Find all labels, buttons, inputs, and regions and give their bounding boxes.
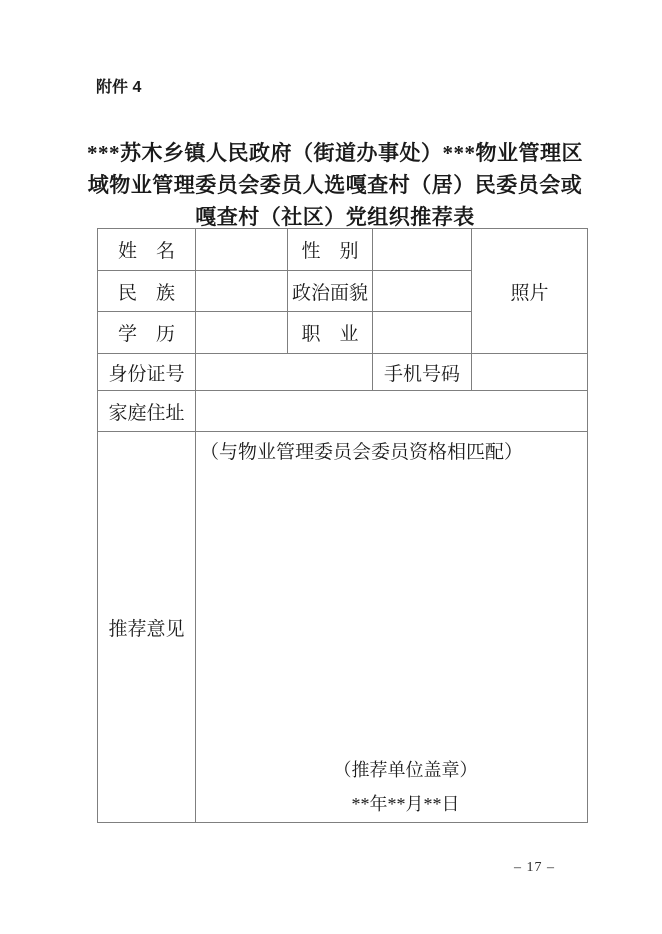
document-page: 附件 4 ***苏木乡镇人民政府（街道办事处）***物业管理区 域物业管理委员会…: [0, 0, 662, 934]
occupation-value-cell: [373, 312, 472, 354]
recommendation-content-cell: （与物业管理委员会委员资格相匹配） （推荐单位盖章） **年**月**日: [196, 432, 588, 823]
education-label: 学 历: [98, 312, 196, 354]
address-value-cell: [196, 391, 588, 432]
address-label: 家庭住址: [98, 391, 196, 432]
recommendation-content: （与物业管理委员会委员资格相匹配） （推荐单位盖章） **年**月**日: [196, 433, 587, 822]
name-value-cell: [196, 229, 288, 271]
table-row: 家庭住址: [98, 391, 588, 432]
phone-value-cell: [472, 354, 588, 391]
photo-placeholder-cell: 照片: [472, 229, 588, 354]
attachment-label: 附件 4: [96, 78, 141, 98]
table-row: 姓 名 性 别 照片: [98, 229, 588, 271]
page-number: – 17 –: [514, 860, 555, 876]
title-line-1: ***苏木乡镇人民政府（街道办事处）***物业管理区: [40, 137, 630, 169]
id-number-label: 身份证号: [98, 354, 196, 391]
table-row: 推荐意见 （与物业管理委员会委员资格相匹配） （推荐单位盖章） **年**月**…: [98, 432, 588, 823]
document-title: ***苏木乡镇人民政府（街道办事处）***物业管理区 域物业管理委员会委员人选嘎…: [40, 137, 630, 233]
recommendation-signoff: （推荐单位盖章） **年**月**日: [196, 759, 587, 815]
gender-value-cell: [373, 229, 472, 271]
name-label: 姓 名: [98, 229, 196, 271]
title-line-2: 域物业管理委员会委员人选嘎查村（居）民委员会或: [40, 169, 630, 201]
recommendation-label: 推荐意见: [98, 432, 196, 823]
seal-note: （推荐单位盖章）: [224, 759, 587, 781]
ethnicity-label: 民 族: [98, 271, 196, 312]
political-status-label: 政治面貌: [288, 271, 373, 312]
phone-label: 手机号码: [373, 354, 472, 391]
recommendation-hint: （与物业管理委员会委员资格相匹配）: [200, 441, 523, 465]
date-placeholder: **年**月**日: [224, 793, 587, 815]
recommendation-form-table: 姓 名 性 别 照片 民 族 政治面貌 学 历 职 业 身份证号: [97, 228, 588, 823]
table-row: 身份证号 手机号码: [98, 354, 588, 391]
gender-label: 性 别: [288, 229, 373, 271]
political-status-value-cell: [373, 271, 472, 312]
occupation-label: 职 业: [288, 312, 373, 354]
education-value-cell: [196, 312, 288, 354]
ethnicity-value-cell: [196, 271, 288, 312]
id-number-value-cell: [196, 354, 373, 391]
